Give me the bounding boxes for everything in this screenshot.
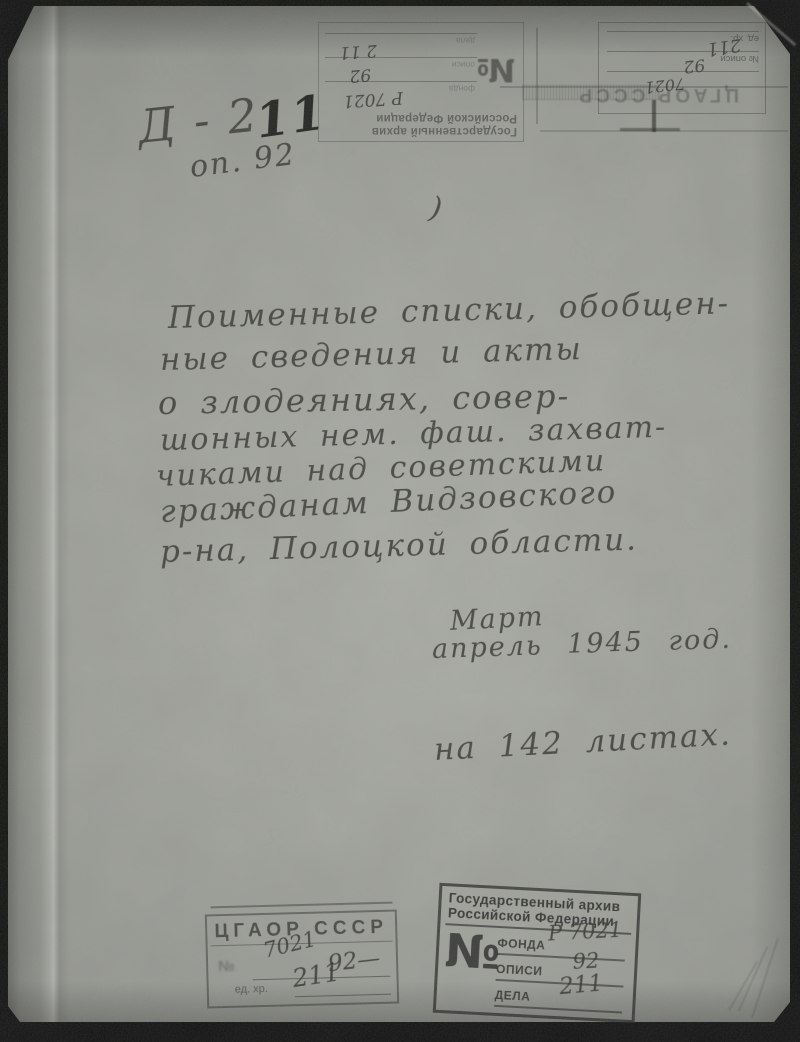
stamp-tsgaor-bottom: ЦГАОР СССР № ед. хр. 7021 92— 211 — [205, 910, 399, 1009]
handwritten-fond: Р 7021 — [547, 918, 622, 946]
field-label: фонда — [449, 84, 475, 94]
handwritten-delo: 211 — [558, 970, 604, 1000]
handwritten-opis: 92 — [682, 54, 706, 76]
handwritten-fond: Р 7021 — [342, 87, 403, 111]
handwritten-opis: 92 — [349, 64, 372, 86]
stamp-header-line2: Российской Федерации — [319, 111, 517, 124]
stray-stamp-line — [500, 86, 788, 88]
stamp-field-row: дела 2 11 — [325, 33, 477, 57]
number-sign-glyph: № — [444, 930, 501, 974]
field-label: описи — [452, 60, 475, 70]
number-sign-glyph: № — [477, 51, 516, 89]
stamp-garf-bottom: Государственный архив Российской Федерац… — [433, 883, 642, 1023]
stamp-field-row: фонда Р 7021 — [325, 81, 477, 105]
field-label: ОПИСИ — [496, 962, 543, 978]
field-label: ФОНДА — [497, 936, 546, 952]
handwritten-delo: 2 11 — [339, 40, 378, 63]
stamp-field-row: ед. хр. 211 — [607, 31, 759, 49]
field-label: дела — [456, 36, 475, 46]
stamp-header-line1: Государственный архив — [319, 124, 517, 137]
field-label: ДЕЛА — [494, 988, 530, 1004]
scanned-archive-cover: Государственный архив Российской Федерац… — [0, 0, 800, 1042]
stamp-field-row: ДЕЛА 211 — [494, 981, 623, 1014]
number-sign-glyph: № — [218, 958, 235, 975]
handwritten-delo: 211 — [290, 957, 341, 993]
ink-hook-mark — [620, 128, 680, 131]
stamp-garf-top-inverted: Государственный архив Российской Федерац… — [318, 22, 524, 142]
ed-khr-label: ед. хр. — [235, 983, 268, 996]
stamp-writing-line — [295, 994, 391, 998]
stray-stamp-line — [536, 28, 538, 124]
